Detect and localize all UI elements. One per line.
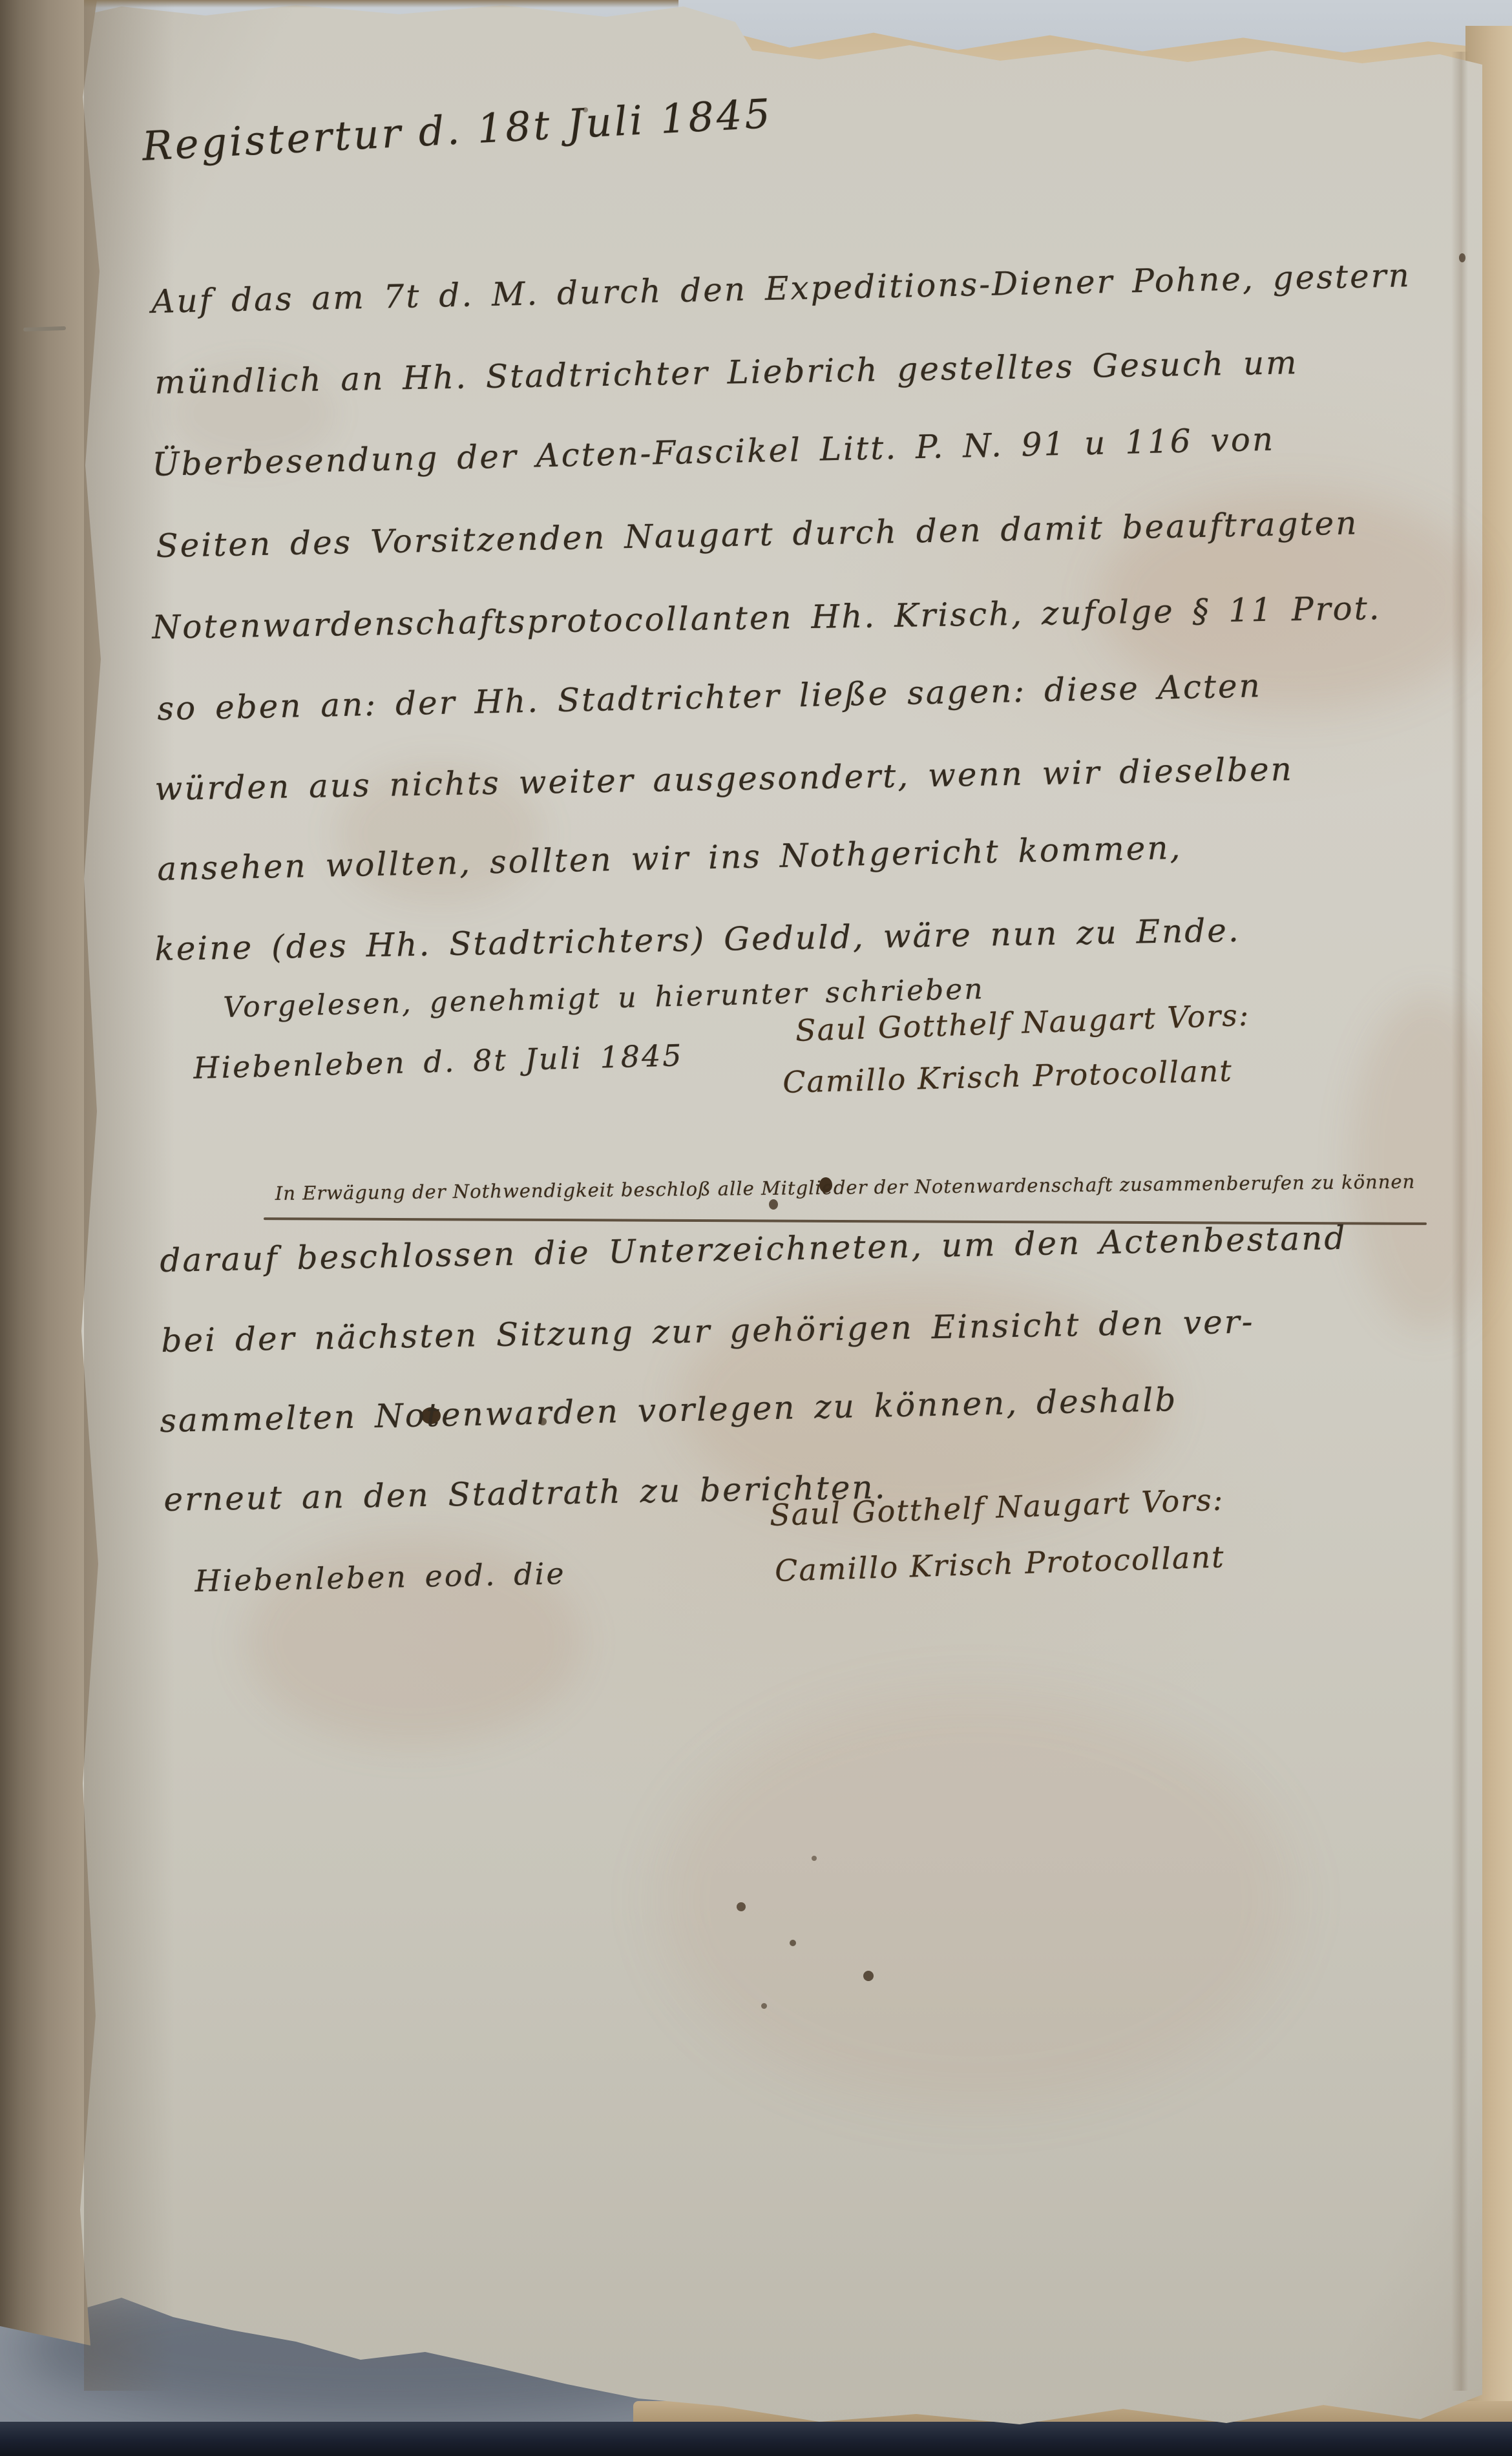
book-cover-edge bbox=[0, 2422, 1512, 2456]
gutter-shadow bbox=[84, 0, 174, 2391]
page-crease bbox=[1451, 52, 1468, 2391]
binding-shadow bbox=[0, 0, 78, 90]
page-top-edge bbox=[84, 0, 678, 8]
manuscript-photo: Registertur d. 18t Juli 1845 Auf das am … bbox=[0, 0, 1512, 2456]
